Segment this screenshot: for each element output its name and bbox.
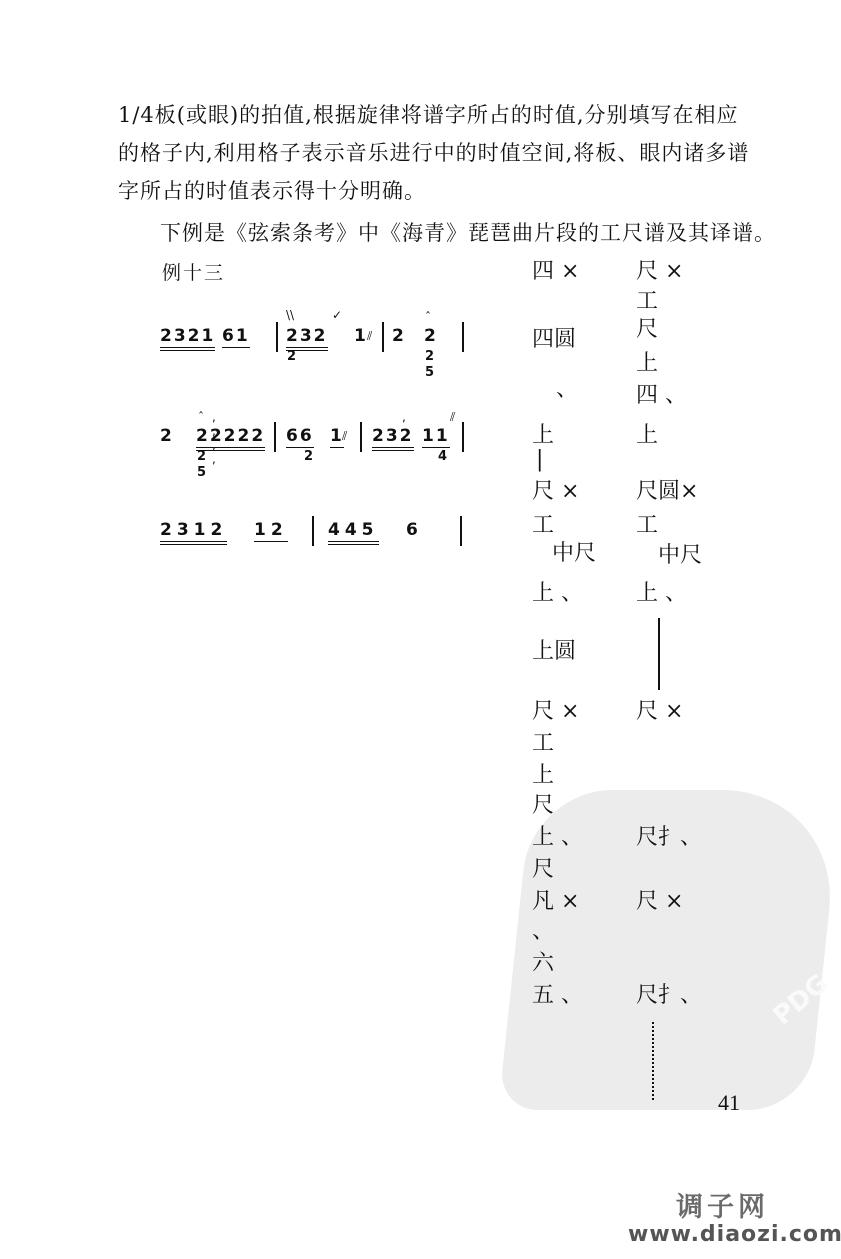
gongche-char: 尺 × — [532, 700, 579, 724]
gongche-char: 尺扌、 — [636, 984, 702, 1008]
gongche-char: 尺 × — [636, 260, 683, 284]
technique-mark: ⫽ — [342, 429, 347, 444]
gongche-char: 工 — [636, 514, 658, 538]
gongche-char: 凡 × — [532, 890, 579, 914]
gongche-char: 六 — [532, 952, 554, 976]
gongche-char: 四圆 — [532, 328, 576, 352]
watermark-text: PDG — [768, 969, 835, 1032]
gongche-char: 尺 × — [636, 890, 683, 914]
sub-note: 2 — [304, 450, 313, 463]
note-group: 12 — [254, 520, 288, 542]
sub-note: 2 — [197, 450, 206, 463]
gongche-char: 尺 — [636, 318, 658, 342]
technique-mark: ˆ — [198, 410, 204, 424]
gongche-char: 四 、 — [636, 384, 687, 408]
gongche-char: 上 — [636, 424, 658, 448]
gongche-char: 尺 — [532, 794, 554, 818]
gongche-char: 中尺 — [552, 542, 596, 566]
continuation-dotted-line — [652, 1022, 654, 1100]
note: 1 — [354, 326, 368, 346]
gongche-char: 上 、 — [532, 826, 583, 850]
gongche-char: 上 、 — [532, 582, 583, 606]
note-group: 22222 — [196, 426, 265, 451]
note: 2 — [392, 326, 406, 346]
note-group: 232 — [372, 426, 414, 451]
barline — [462, 322, 464, 352]
gongche-char: 上 — [636, 352, 658, 376]
barline — [460, 516, 462, 546]
gongche-char: 工 — [532, 732, 554, 756]
site-logo: 调子网 — [676, 1185, 769, 1224]
note-group: 2312 — [160, 520, 227, 545]
sub-note: 5 — [425, 366, 434, 379]
barline — [360, 422, 362, 452]
sub-note: 5 — [197, 466, 206, 479]
gongche-char: 四 × — [532, 260, 579, 284]
gongche-char: 五 、 — [532, 984, 583, 1008]
note-group: 61 — [222, 326, 250, 348]
gongche-char: 尺 — [532, 858, 554, 882]
gongche-char: 尺 × — [532, 480, 579, 504]
gongche-char: 中尺 — [658, 544, 702, 568]
duration-line — [658, 618, 660, 690]
site-url: www.diaozi.com — [628, 1222, 841, 1247]
gongche-char: 尺扌、 — [636, 826, 702, 850]
note-group: 66 — [286, 426, 314, 448]
technique-mark: \\ — [286, 308, 294, 322]
technique-mark: ⫽ — [450, 410, 455, 425]
barline — [276, 322, 278, 352]
sub-note: 2 — [425, 350, 434, 363]
note: 2 — [160, 426, 174, 446]
note: 6 — [406, 520, 420, 540]
gongche-char: | — [536, 448, 543, 472]
gongche-char: 、 — [556, 378, 578, 402]
gongche-char: 上 — [532, 764, 554, 788]
note-group: 11 — [422, 426, 450, 448]
sub-note: 4 — [438, 450, 447, 463]
note-group: 2321 — [160, 326, 215, 351]
body-paragraph-1: 1/4板(或眼)的拍值,根据旋律将谱字所占的时值,分别填写在相应的格子内,利用格… — [118, 96, 758, 210]
barline — [462, 422, 464, 452]
page-number: 41 — [718, 1090, 740, 1116]
gongche-char: 、 — [532, 920, 554, 944]
technique-mark: , — [402, 410, 406, 424]
gongche-char: 尺圆× — [636, 480, 698, 504]
example-label: 例十三 — [162, 258, 225, 285]
technique-mark: ˆ — [425, 310, 431, 324]
gongche-char: 上 — [532, 424, 554, 448]
gongche-char: 尺 × — [636, 700, 683, 724]
technique-mark: ✓ — [332, 308, 342, 322]
sub-note: 2 — [287, 350, 296, 363]
barline — [274, 422, 276, 452]
gongche-char: 上 、 — [636, 582, 687, 606]
gongche-char: 工 — [532, 514, 554, 538]
note-group: 445 — [328, 520, 379, 545]
technique-mark: ⫽ — [367, 329, 372, 344]
note: 2 — [424, 326, 438, 346]
body-paragraph-2: 下例是《弦索条考》中《海青》琵琶曲片段的工尺谱及其译谱。 — [160, 214, 800, 252]
barline — [312, 516, 314, 546]
gongche-char: 上圆 — [532, 640, 576, 664]
note-group: 232 — [286, 326, 328, 351]
gongche-char: 工 — [636, 290, 658, 314]
barline — [382, 322, 384, 352]
